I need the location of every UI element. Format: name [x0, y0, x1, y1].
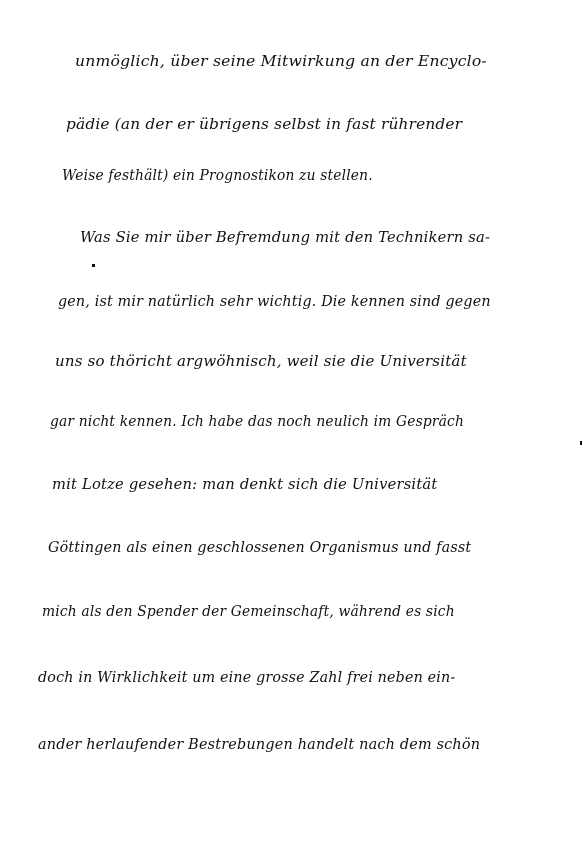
text-line: gar nicht kennen. Ich habe das noch neul…: [50, 412, 464, 430]
text-line: pädie (an der er übrigens selbst in fast…: [66, 115, 462, 133]
text-line: uns so thöricht argwöhnisch, weil sie di…: [55, 352, 467, 370]
text-line: Weise festhält) ein Prognostikon zu stel…: [62, 166, 373, 184]
manuscript-page: unmöglich, über seine Mitwirkung an der …: [0, 0, 583, 859]
ink-speck: [92, 264, 95, 267]
text-line: unmöglich, über seine Mitwirkung an der …: [75, 52, 487, 70]
text-line: mit Lotze gesehen: man denkt sich die Un…: [52, 475, 438, 493]
ink-speck: [580, 441, 582, 445]
text-line: doch in Wirklichkeit um eine grosse Zahl…: [38, 668, 455, 686]
text-line: ander herlaufender Bestrebungen handelt …: [38, 735, 480, 753]
text-line: gen, ist mir natürlich sehr wichtig. Die…: [58, 292, 491, 310]
text-line: mich als den Spender der Gemeinschaft, w…: [42, 602, 455, 620]
text-line: Göttingen als einen geschlossenen Organi…: [48, 538, 471, 556]
text-line: Was Sie mir über Befremdung mit den Tech…: [80, 228, 490, 246]
